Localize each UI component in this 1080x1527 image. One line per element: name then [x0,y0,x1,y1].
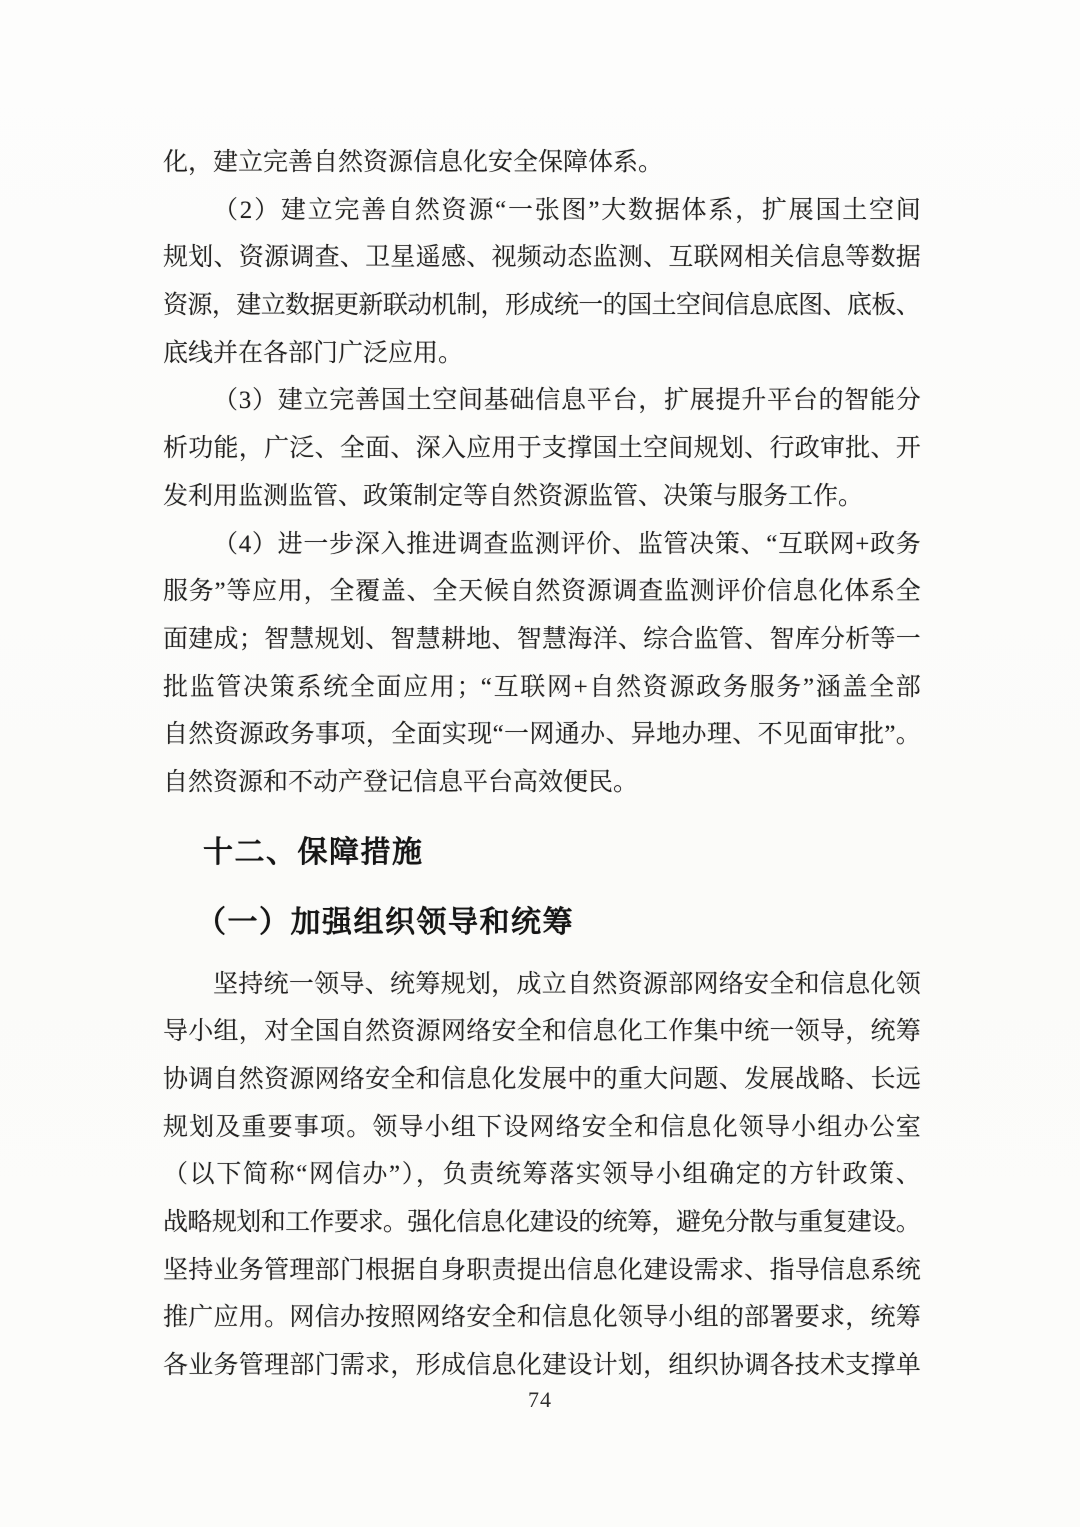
text-line: （以下简称“网信办”），负责统筹落实领导小组确定的方针政策、 [163,1151,920,1199]
page-number: 74 [0,1386,1080,1414]
text-line: 批监管决策系统全面应用；“互联网+自然资源政务服务”涵盖全部 [163,664,920,712]
text-line: （3）建立完善国土空间基础信息平台，扩展提升平台的智能分 [163,377,920,425]
text-line: （4）进一步深入推进调查监测评价、监管决策、“互联网+政务 [163,521,920,569]
text-line: 底线并在各部门广泛应用。 [163,330,920,378]
text-line: 规划、资源调查、卫星遥感、视频动态监测、互联网相关信息等数据 [163,234,920,282]
text-line: 自然资源和不动产登记信息平台高效便民。 [163,759,920,807]
text-line: 推广应用。网信办按照网络安全和信息化领导小组的部署要求，统筹 [163,1294,920,1342]
text-line: 坚持统一领导、统筹规划，成立自然资源部网络安全和信息化领 [163,961,920,1009]
text-line: 坚持业务管理部门根据自身职责提出信息化建设需求、指导信息系统 [163,1247,920,1295]
document-page: 化，建立完善自然资源信息化安全保障体系。（2）建立完善自然资源“一张图”大数据体… [0,0,1080,1527]
page-content: 化，建立完善自然资源信息化安全保障体系。（2）建立完善自然资源“一张图”大数据体… [163,139,920,1390]
text-line: 规划及重要事项。领导小组下设网络安全和信息化领导小组办公室 [163,1104,920,1152]
text-line: 服务”等应用，全覆盖、全天候自然资源调查监测评价信息化体系全 [163,568,920,616]
text-line: 导小组，对全国自然资源网络安全和信息化工作集中统一领导，统筹 [163,1008,920,1056]
section-heading: 十二、保障措施 [203,829,920,877]
text-line: 协调自然资源网络安全和信息化发展中的重大问题、发展战略、长远 [163,1056,920,1104]
text-line: （2）建立完善自然资源“一张图”大数据体系，扩展国土空间 [163,187,920,235]
text-line: 化，建立完善自然资源信息化安全保障体系。 [163,139,920,187]
text-line: 面建成；智慧规划、智慧耕地、智慧海洋、综合监管、智库分析等一 [163,616,920,664]
subsection-heading: （一）加强组织领导和统筹 [196,899,920,947]
text-line: 析功能，广泛、全面、深入应用于支撑国土空间规划、行政审批、开 [163,425,920,473]
text-line: 发利用监测监管、政策制定等自然资源监管、决策与服务工作。 [163,473,920,521]
text-line: 战略规划和工作要求。强化信息化建设的统筹，避免分散与重复建设。 [163,1199,920,1247]
text-line: 各业务管理部门需求，形成信息化建设计划，组织协调各技术支撑单 [163,1342,920,1390]
text-line: 资源，建立数据更新联动机制，形成统一的国土空间信息底图、底板、 [163,282,920,330]
text-line: 自然资源政务事项，全面实现“一网通办、异地办理、不见面审批”。 [163,711,920,759]
